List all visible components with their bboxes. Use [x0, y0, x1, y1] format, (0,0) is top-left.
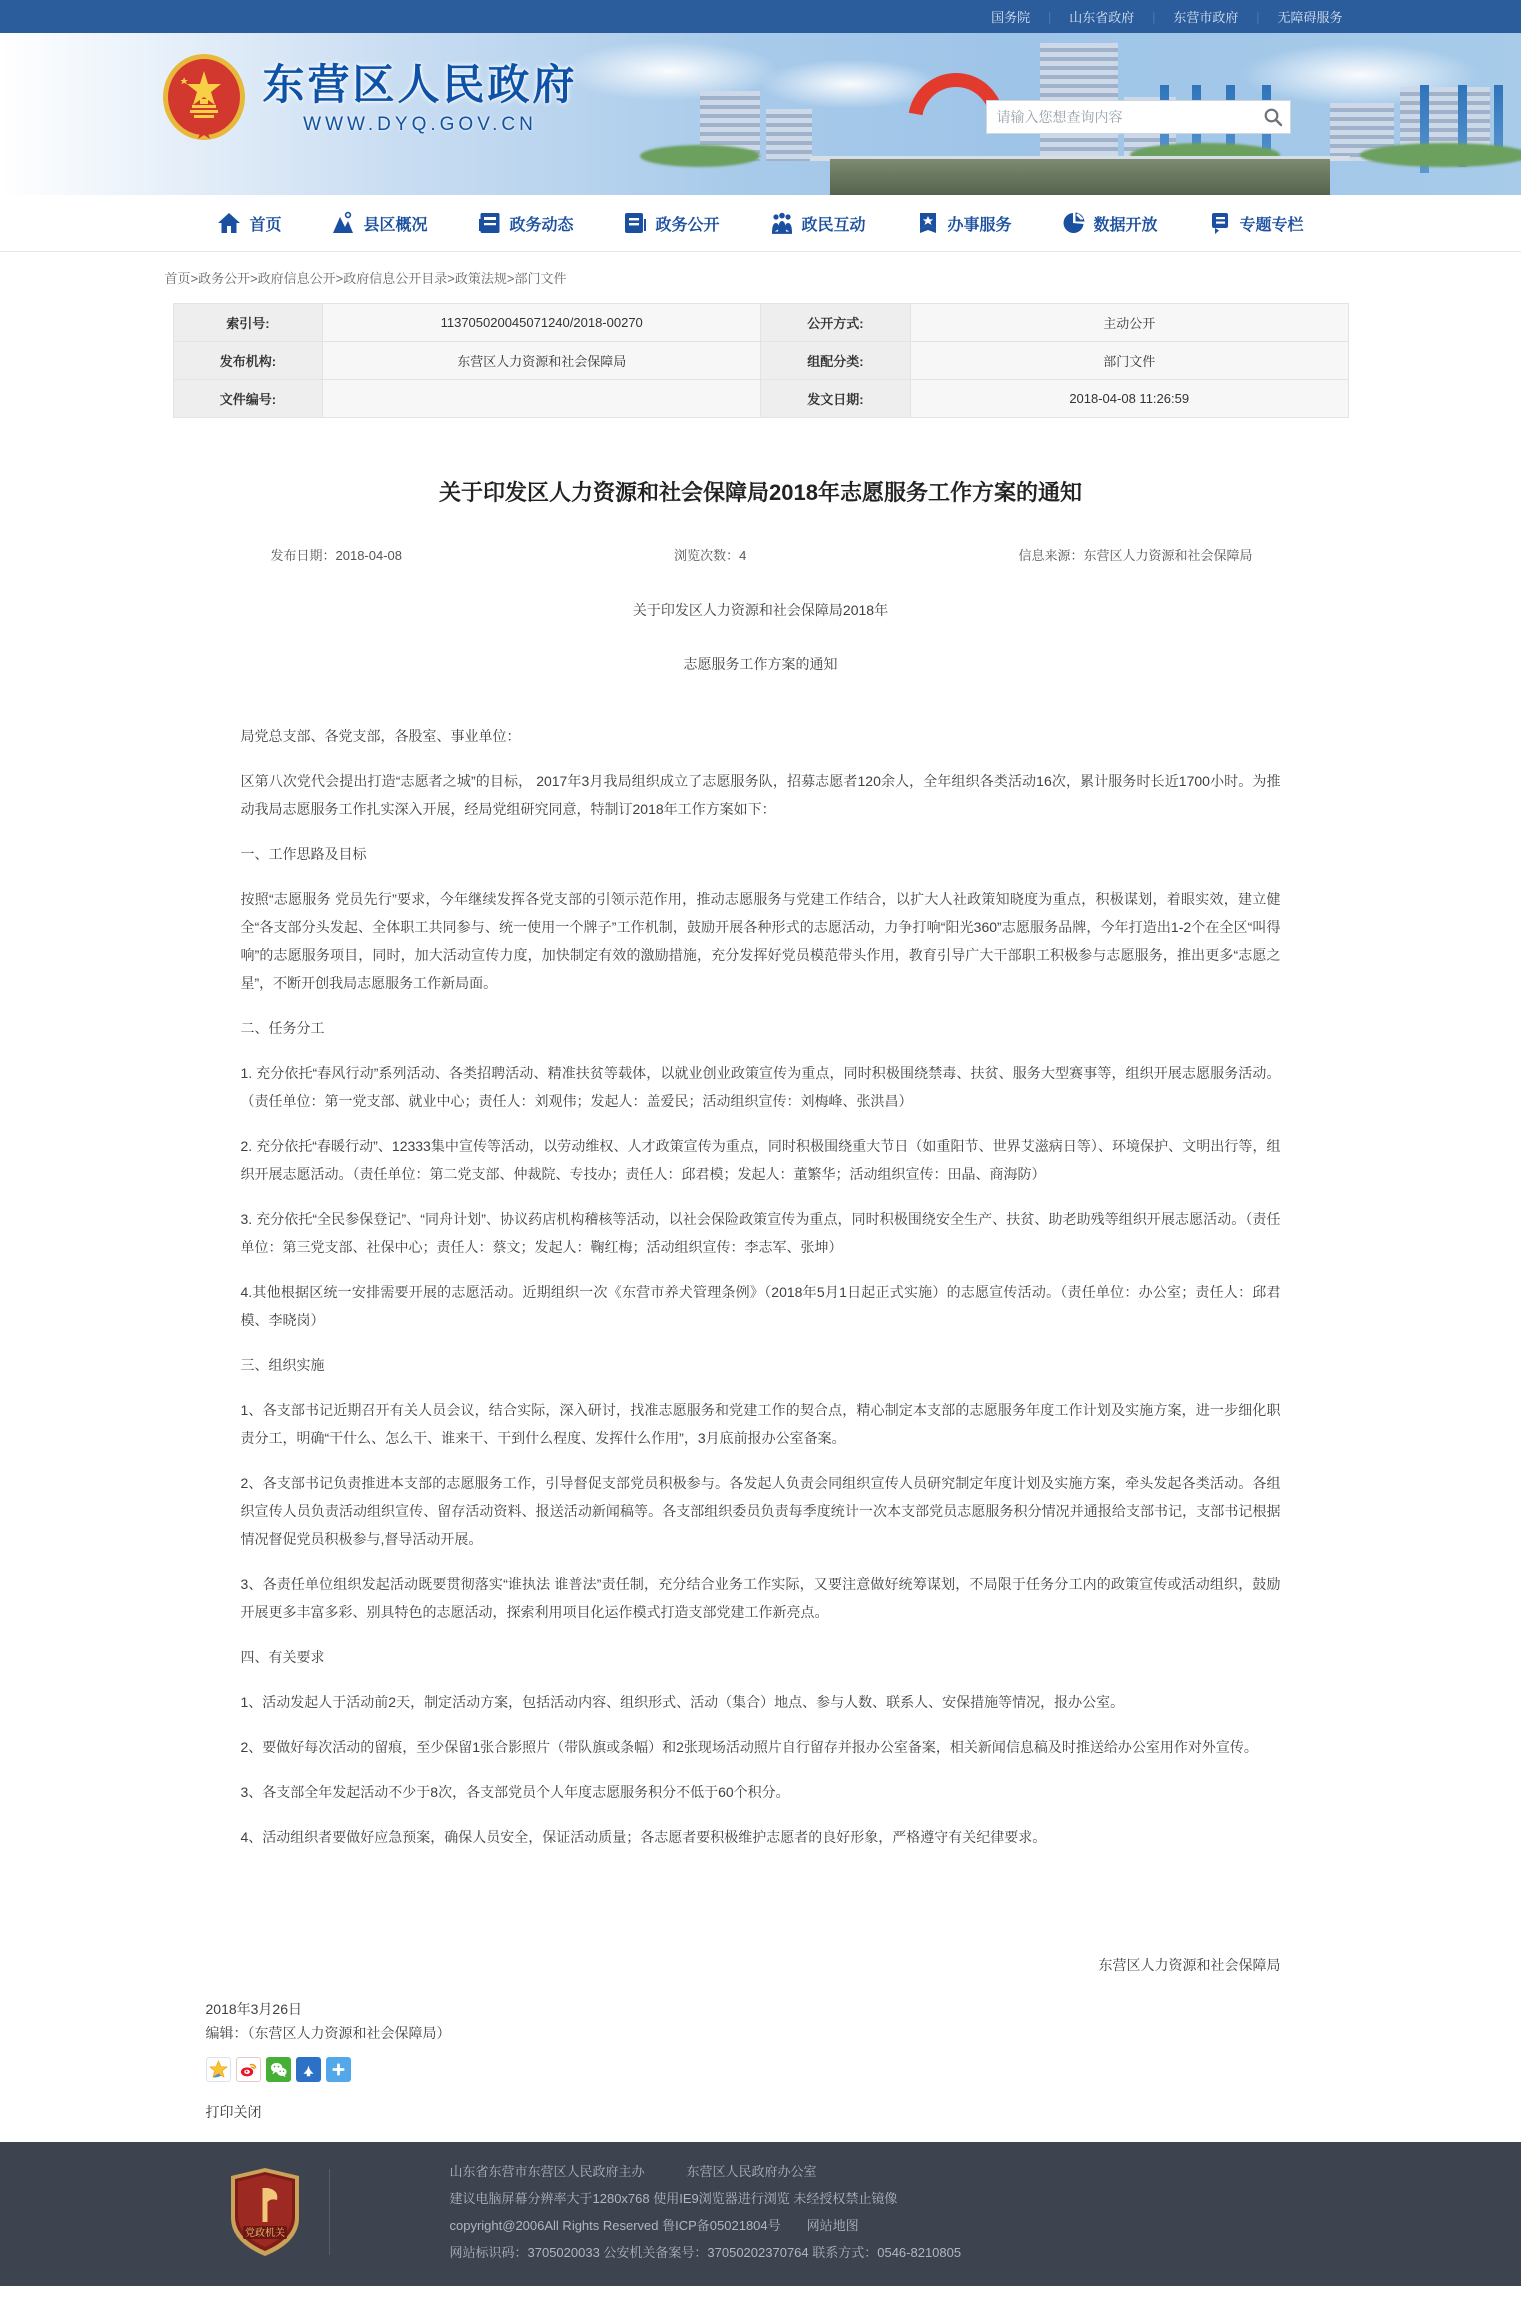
site-brand[interactable]: 东营区人民政府 WWW.DYQ.GOV.CN [161, 53, 578, 145]
footer-office: 东营区人民政府办公室 [687, 2164, 817, 2179]
footer-host: 山东省东营市东营区人民政府主办 [450, 2164, 645, 2179]
footer-line-2: 建议电脑屏幕分辨率大于1280x768 使用IE9浏览器进行浏览 未经授权禁止镜… [450, 2185, 962, 2212]
party-gov-badge-icon: 党政机关 [227, 2166, 303, 2258]
paragraph: 1、活动发起人于活动前2天，制定活动方案，包括活动内容、组织形式、活动（集合）地… [241, 1688, 1281, 1716]
search-button[interactable] [1256, 101, 1290, 133]
section-heading: 四、有关要求 [241, 1643, 1281, 1671]
nav-label: 政务公开 [655, 212, 719, 235]
topbar-link-gov-cn[interactable]: 国务院 [973, 7, 1048, 26]
paragraph: 2. 充分依托“春暖行动”、12333集中宣传等活动，以劳动维权、人才政策宣传为… [241, 1132, 1281, 1188]
bottom-spacer [0, 2286, 1521, 2305]
footer-copyright: copyright@2006All Rights Reserved 鲁ICP备0… [450, 2218, 781, 2233]
paragraph: 3. 充分依托“全民参保登记”、“同舟计划”、协议药店机构稽核等活动，以社会保险… [241, 1205, 1281, 1261]
topbar-link-shandong[interactable]: 山东省政府 [1051, 7, 1152, 26]
nav-item-gov-disclosure[interactable]: 政务公开 [623, 211, 719, 235]
info-source: 信息来源：东营区人力资源和社会保障局 [1018, 545, 1252, 564]
article-body: 局党总支部、各党支部，各股室、事业单位： 区第八次党代会提出打造“志愿者之城”的… [241, 722, 1281, 1851]
weibo-share-icon[interactable] [236, 2057, 261, 2082]
nav-label: 专题专栏 [1240, 212, 1304, 235]
section-heading: 二、任务分工 [241, 1014, 1281, 1042]
paragraph: 4.其他根据区统一安排需要开展的志愿活动。近期组织一次《东营市养犬管理条例》（2… [241, 1278, 1281, 1334]
footer-line-3: copyright@2006All Rights Reserved 鲁ICP备0… [450, 2212, 962, 2239]
info-value-publisher: 东营区人力资源和社会保障局 [323, 342, 761, 380]
search-input[interactable] [987, 102, 1256, 132]
article-date: 2018年3月26日 [206, 1999, 1361, 2019]
section-heading: 三、组织实施 [241, 1351, 1281, 1379]
topbar-link-dongying-city[interactable]: 东营市政府 [1155, 7, 1256, 26]
info-label-index: 索引号: [173, 304, 323, 342]
site-name: 东营区人民政府 [263, 62, 578, 108]
paragraph: 1、各支部书记近期召开有关人员会议，结合实际，深入研讨，找准志愿服务和党建工作的… [241, 1396, 1281, 1452]
more-share-icon[interactable] [326, 2057, 351, 2082]
document-icon [623, 211, 647, 235]
article-tail: 2018年3月26日 编辑：（东营区人力资源和社会保障局） 打印关闭 [161, 1999, 1361, 2122]
section-heading: 一、工作思路及目标 [241, 840, 1281, 868]
nav-item-services[interactable]: 办事服务 [916, 211, 1012, 235]
people-icon [770, 211, 794, 235]
qzone-share-icon[interactable] [206, 2057, 231, 2082]
header-banner: 东营区人民政府 WWW.DYQ.GOV.CN [0, 33, 1521, 195]
national-emblem-logo [161, 53, 247, 145]
info-value-index: 113705020045071240/2018-00270 [323, 304, 761, 342]
nav-label: 办事服务 [948, 212, 1012, 235]
info-value-issue-date: 2018-04-08 11:26:59 [910, 380, 1348, 418]
footer-line-1: 山东省东营市东营区人民政府主办东营区人民政府办公室 [450, 2158, 962, 2185]
nav-item-open-data[interactable]: 数据开放 [1062, 211, 1158, 235]
info-label-category: 组配分类: [761, 342, 911, 380]
info-label-publisher: 发布机构: [173, 342, 323, 380]
nav-label: 首页 [249, 212, 281, 235]
paragraph: 3、各支部全年发起活动不少于8次，各支部党员个人年度志愿服务积分不低于60个积分… [241, 1778, 1281, 1806]
share-bar [206, 2057, 1361, 2082]
info-label-open-mode: 公开方式: [761, 304, 911, 342]
column-icon [1208, 211, 1232, 235]
nav-item-district-overview[interactable]: 县区概况 [331, 211, 427, 235]
top-bar: 国务院| 山东省政府| 东营市政府| 无障碍服务 [0, 0, 1521, 33]
nav-item-public-interaction[interactable]: 政民互动 [770, 211, 866, 235]
table-row: 文件编号: 发文日期: 2018-04-08 11:26:59 [173, 380, 1348, 418]
info-value-doc-number [323, 380, 761, 418]
paragraph: 2、各支部书记负责推进本支部的志愿服务工作，引导督促支部党员积极参与。各发起人负… [241, 1469, 1281, 1553]
article: 关于印发区人力资源和社会保障局2018年志愿服务工作方案的通知 发布日期：201… [161, 476, 1361, 1975]
renren-share-icon[interactable] [296, 2057, 321, 2082]
search-icon [1263, 107, 1283, 127]
nav-label: 县区概况 [363, 212, 427, 235]
news-icon [477, 211, 501, 235]
paragraph: 3、各责任单位组织发起活动既要贯彻落实“谁执法 谁普法”责任制，充分结合业务工作… [241, 1570, 1281, 1626]
footer: 党政机关 山东省东营市东营区人民政府主办东营区人民政府办公室 建议电脑屏幕分辨率… [0, 2142, 1521, 2286]
footer-text: 山东省东营市东营区人民政府主办东营区人民政府办公室 建议电脑屏幕分辨率大于128… [450, 2158, 962, 2266]
close-button[interactable]: 关闭 [234, 2104, 262, 2120]
print-close-row: 打印关闭 [206, 2102, 1361, 2122]
print-button[interactable]: 打印 [206, 2104, 234, 2120]
table-row: 发布机构: 东营区人力资源和社会保障局 组配分类: 部门文件 [173, 342, 1348, 380]
paragraph: 2、要做好每次活动的留痕，至少保留1张合影照片（带队旗或条幅）和2张现场活动照片… [241, 1733, 1281, 1761]
page-title: 关于印发区人力资源和社会保障局2018年志愿服务工作方案的通知 [241, 476, 1281, 507]
paragraph: 4、活动组织者要做好应急预案，确保人员安全，保证活动质量；各志愿者要积极维护志愿… [241, 1823, 1281, 1851]
breadcrumb[interactable]: 首页>政务公开>政府信息公开>政府信息公开目录>政策法规>部门文件 [161, 252, 1361, 299]
info-label-issue-date: 发文日期: [761, 380, 911, 418]
divider [329, 2169, 330, 2255]
main-nav: 首页 县区概况 政务动态 政务公开 政民互动 办事服务 数据开放 专题专栏 [0, 195, 1521, 252]
view-count: 浏览次数：4 [674, 545, 746, 564]
nav-label: 政务动态 [509, 212, 573, 235]
table-row: 索引号: 113705020045071240/2018-00270 公开方式:… [173, 304, 1348, 342]
nav-item-home[interactable]: 首页 [217, 211, 281, 235]
document-info-table: 索引号: 113705020045071240/2018-00270 公开方式:… [173, 303, 1349, 418]
paragraph: 1. 充分依托“春风行动”系列活动、各类招聘活动、精准扶贫等载体，以就业创业政策… [241, 1059, 1281, 1115]
main-content: 首页>政务公开>政府信息公开>政府信息公开目录>政策法规>部门文件 索引号: 1… [161, 252, 1361, 2122]
publish-date: 发布日期：2018-04-08 [271, 545, 403, 564]
paragraph: 局党总支部、各党支部，各股室、事业单位： [241, 722, 1281, 750]
info-label-doc-number: 文件编号: [173, 380, 323, 418]
info-value-category: 部门文件 [910, 342, 1348, 380]
badge-icon [916, 211, 940, 235]
site-url: WWW.DYQ.GOV.CN [263, 114, 578, 136]
article-editor: 编辑：（东营区人力资源和社会保障局） [206, 2023, 1361, 2043]
article-meta: 发布日期：2018-04-08 浏览次数：4 信息来源：东营区人力资源和社会保障… [241, 545, 1281, 564]
paragraph: 按照“志愿服务 党员先行”要求，今年继续发挥各党支部的引领示范作用，推动志愿服务… [241, 885, 1281, 997]
info-value-open-mode: 主动公开 [910, 304, 1348, 342]
home-icon [217, 211, 241, 235]
wechat-share-icon[interactable] [266, 2057, 291, 2082]
badge-text: 党政机关 [245, 2226, 285, 2239]
paragraph: 区第八次党代会提出打造“志愿者之城”的目标， 2017年3月我局组织成立了志愿服… [241, 767, 1281, 823]
topbar-link-accessibility[interactable]: 无障碍服务 [1259, 7, 1360, 26]
article-subtitle-line1: 关于印发区人力资源和社会保障局2018年 [241, 600, 1281, 620]
nav-label: 数据开放 [1094, 212, 1158, 235]
footer-line-4: 网站标识码：3705020033 公安机关备案号：37050202370764 … [450, 2239, 962, 2266]
article-subtitle-line2: 志愿服务工作方案的通知 [241, 654, 1281, 674]
nav-item-special-columns[interactable]: 专题专栏 [1208, 211, 1304, 235]
mountain-icon [331, 211, 355, 235]
nav-label: 政民互动 [802, 212, 866, 235]
search-box [986, 100, 1291, 134]
nav-item-gov-news[interactable]: 政务动态 [477, 211, 573, 235]
sitemap-link[interactable]: 网站地图 [807, 2218, 859, 2233]
signature: 东营区人力资源和社会保障局 [241, 1955, 1281, 1975]
pie-chart-icon [1062, 211, 1086, 235]
